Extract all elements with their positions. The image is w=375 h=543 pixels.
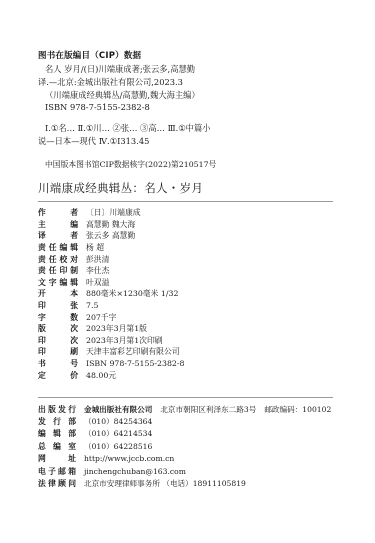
info-row-translator: 译者 张云多 高慧勤 bbox=[38, 230, 184, 242]
info-value: 7.5 bbox=[86, 301, 98, 310]
postcode: 100102 bbox=[302, 405, 331, 414]
info-row-text-editor: 文字编辑 叶双溢 bbox=[38, 277, 184, 289]
cip-line: （川端康成经典辑丛/高慧勤,魏大海主编） bbox=[38, 89, 200, 101]
info-label: 印刷 bbox=[38, 346, 78, 357]
info-row-word-count: 字数 207千字 bbox=[38, 311, 184, 323]
cip-isbn: ISBN 978-7-5155-2382-8 bbox=[38, 101, 150, 113]
info-label: 印次 bbox=[38, 335, 78, 346]
cip-classification: Ⅰ.①名… Ⅱ.①川… ②张… ③高… Ⅲ.①中篇小 bbox=[38, 122, 211, 134]
info-row-isbn: 书号 ISBN 978-7-5155-2382-8 bbox=[38, 358, 184, 370]
pub-value: （010）84254364 bbox=[84, 416, 152, 427]
info-value: 张云多 高慧勤 bbox=[86, 230, 135, 241]
pub-label: 网址 bbox=[38, 453, 76, 464]
pub-label: 法律顾问 bbox=[38, 478, 76, 489]
info-label: 定价 bbox=[38, 370, 78, 381]
info-label: 责任校对 bbox=[38, 254, 78, 265]
info-value: 2023年3月第1次印刷 bbox=[86, 335, 163, 346]
info-value: 高慧勤 魏大海 bbox=[86, 219, 135, 230]
info-row-author: 作者 〔日〕川端康成 bbox=[38, 207, 184, 219]
info-value: 〔日〕川端康成 bbox=[86, 207, 141, 218]
info-label: 主编 bbox=[38, 219, 78, 230]
info-label: 开本 bbox=[38, 288, 78, 299]
publisher-address: 北京市朝阳区利泽东二路3号 bbox=[160, 405, 256, 414]
info-row-chief-editor: 主编 高慧勤 魏大海 bbox=[38, 219, 184, 231]
series-title: 川端康成经典辑丛：名人・岁月 bbox=[38, 180, 203, 196]
pub-row-website: 网址 http://www.jccb.com.cn bbox=[38, 453, 331, 465]
info-row-proofreader: 责任校对 彭洪清 bbox=[38, 253, 184, 265]
pub-label: 电子邮箱 bbox=[38, 466, 76, 477]
info-value: 杨 超 bbox=[86, 242, 104, 253]
pub-row-editorial-dept: 编辑部 （010）64214534 bbox=[38, 428, 331, 440]
info-label: 译者 bbox=[38, 230, 78, 241]
pub-label: 出版发行 bbox=[38, 404, 76, 415]
info-value: 李仕杰 bbox=[86, 265, 109, 276]
info-value: 48.00元 bbox=[86, 370, 116, 381]
info-value: ISBN 978-7-5155-2382-8 bbox=[86, 359, 184, 368]
pub-value: 北京市安理律师事务所 （电话）18911105819 bbox=[84, 478, 246, 489]
info-row-printing: 印次 2023年3月第1次印刷 bbox=[38, 335, 184, 347]
publisher-name: 金城出版社有限公司 bbox=[84, 405, 152, 414]
info-label: 责任编辑 bbox=[38, 242, 78, 253]
info-row-sheets: 印张 7.5 bbox=[38, 300, 184, 312]
info-label: 字数 bbox=[38, 312, 78, 323]
cip-line: 名人 岁月/(日)川端康成著;张云多,高慧勤 bbox=[38, 63, 195, 75]
info-value: 2023年3月第1版 bbox=[86, 323, 147, 334]
publisher-info-table: 出版发行 金城出版社有限公司北京市朝阳区利泽东二路3号邮政编码：100102 发… bbox=[38, 403, 331, 490]
info-label: 文字编辑 bbox=[38, 277, 78, 288]
info-value: 207千字 bbox=[86, 312, 116, 323]
pub-value: （010）64228516 bbox=[84, 441, 152, 452]
info-row-edition: 版次 2023年3月第1版 bbox=[38, 323, 184, 335]
info-row-print-supervisor: 责任印制 李仕杰 bbox=[38, 265, 184, 277]
pub-value: 金城出版社有限公司北京市朝阳区利泽东二路3号邮政编码：100102 bbox=[84, 404, 331, 415]
pub-row-publisher: 出版发行 金城出版社有限公司北京市朝阳区利泽东二路3号邮政编码：100102 bbox=[38, 403, 331, 415]
cip-classification: 说—日本—现代 Ⅳ.①I313.45 bbox=[38, 135, 149, 147]
info-row-responsible-editor: 责任编辑 杨 超 bbox=[38, 242, 184, 254]
cip-heading: 图书在版编目（CIP）数据 bbox=[38, 49, 141, 61]
website-link[interactable]: http://www.jccb.com.cn bbox=[84, 454, 174, 463]
info-row-printer: 印刷 天津丰富彩艺印刷有限公司 bbox=[38, 346, 184, 358]
pub-row-email: 电子邮箱 jinchengchuban@163.com bbox=[38, 465, 331, 477]
pub-row-chief-editorial-office: 总编室 （010）64228516 bbox=[38, 440, 331, 452]
book-info-table: 作者 〔日〕川端康成 主编 高慧勤 魏大海 译者 张云多 高慧勤 责任编辑 杨 … bbox=[38, 207, 184, 381]
info-row-format: 开本 880毫米×1230毫米 1/32 bbox=[38, 288, 184, 300]
pub-value: （010）64214534 bbox=[84, 428, 152, 439]
info-row-price: 定价 48.00元 bbox=[38, 369, 184, 381]
pub-label: 发行部 bbox=[38, 416, 76, 427]
divider bbox=[38, 201, 333, 202]
info-value: 天津丰富彩艺印刷有限公司 bbox=[86, 346, 180, 357]
info-label: 印张 bbox=[38, 300, 78, 311]
email-link[interactable]: jinchengchuban@163.com bbox=[84, 467, 186, 476]
divider bbox=[38, 397, 333, 398]
info-value: 彭洪清 bbox=[86, 254, 109, 265]
pub-label: 总编室 bbox=[38, 441, 76, 452]
info-label: 责任印制 bbox=[38, 265, 78, 276]
cip-line: 译.—北京:金城出版社有限公司,2023.3 bbox=[38, 76, 183, 88]
info-label: 书号 bbox=[38, 358, 78, 369]
cip-approval-number: 中国版本图书馆CIP数据核字(2022)第210517号 bbox=[45, 159, 216, 170]
pub-label: 编辑部 bbox=[38, 428, 76, 439]
info-label: 作者 bbox=[38, 207, 78, 218]
info-value: 叶双溢 bbox=[86, 277, 109, 288]
pub-row-legal-counsel: 法律顾问 北京市安理律师事务所 （电话）18911105819 bbox=[38, 477, 331, 489]
info-value: 880毫米×1230毫米 1/32 bbox=[86, 288, 178, 299]
pub-row-distribution-dept: 发行部 （010）84254364 bbox=[38, 415, 331, 427]
postcode-label: 邮政编码： bbox=[264, 405, 302, 414]
info-label: 版次 bbox=[38, 323, 78, 334]
